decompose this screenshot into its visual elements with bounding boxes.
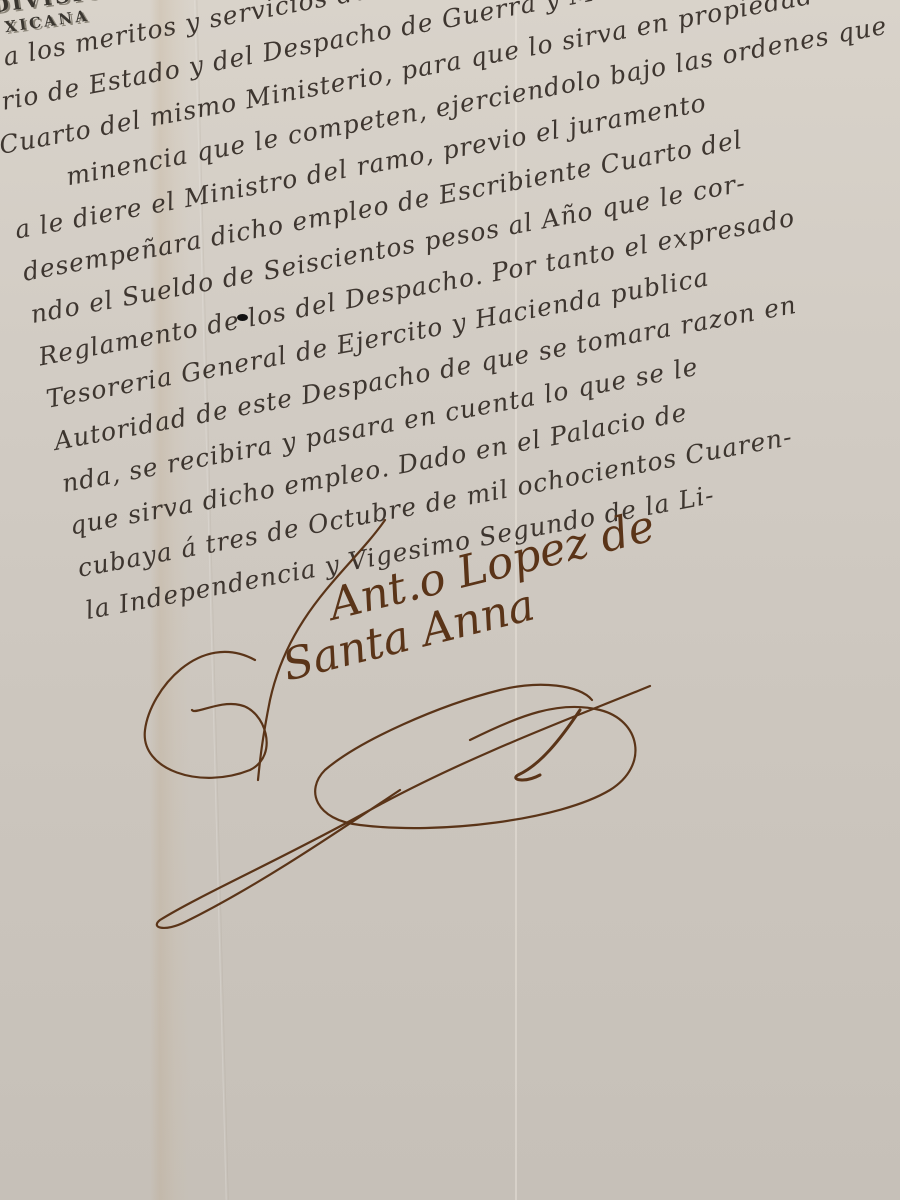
signature-block: Ant.o Lopez de Santa Anna — [140, 500, 700, 960]
ink-blot — [237, 314, 248, 321]
signature-rubric-flourish — [140, 500, 700, 960]
